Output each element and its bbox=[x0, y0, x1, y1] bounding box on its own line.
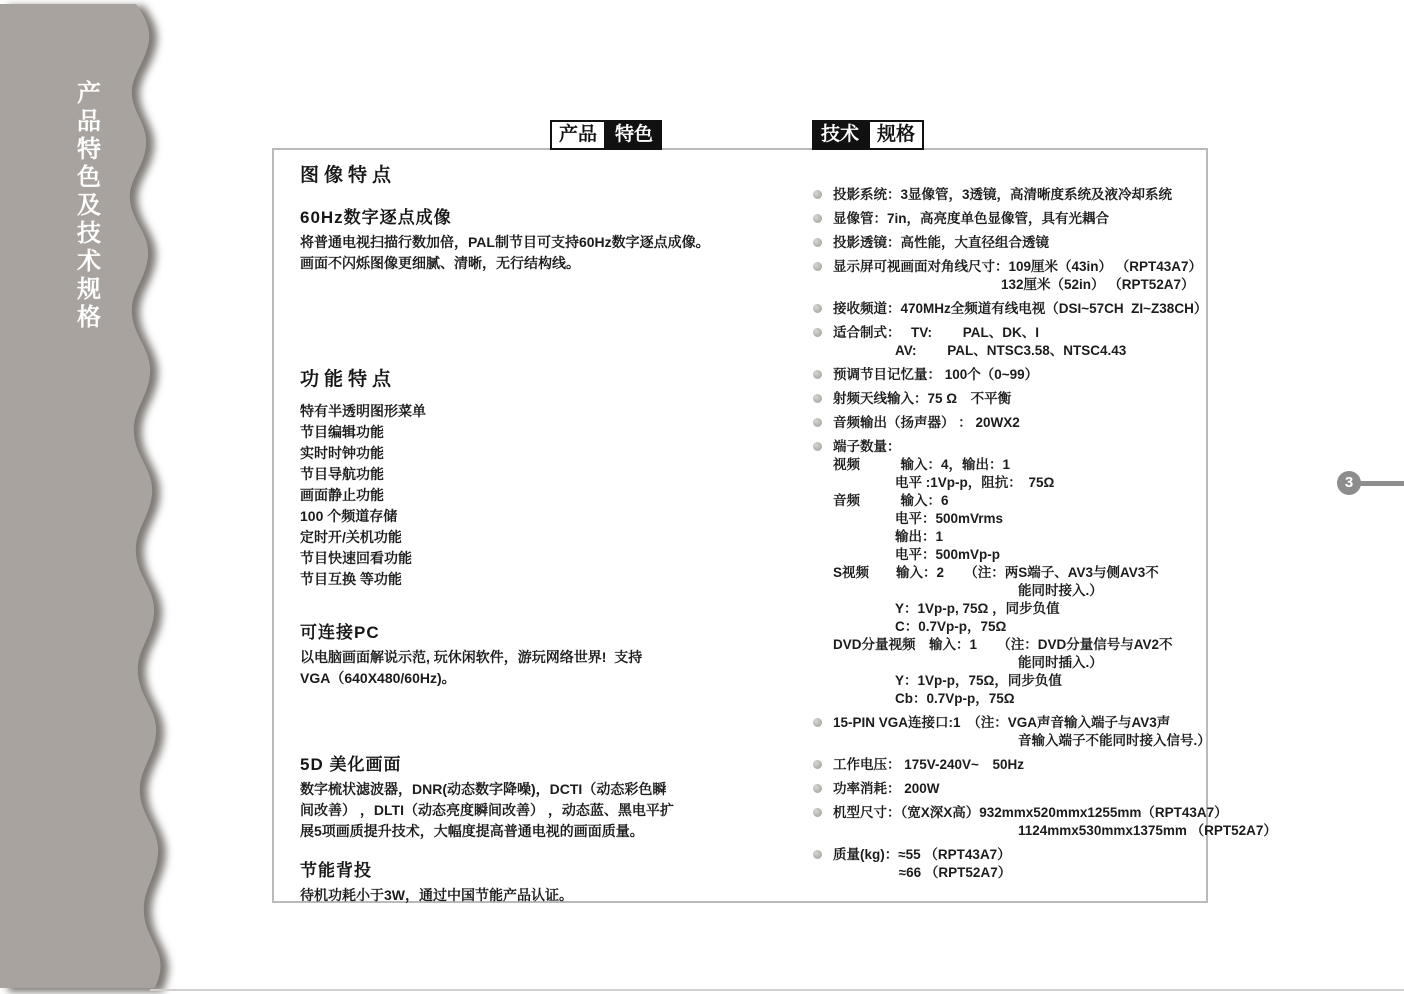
spec-text: 投影系统：3显像管，3透镜，高清晰度系统及液冷却系统 bbox=[833, 187, 1172, 202]
sidebar-title-char: 色 bbox=[77, 166, 101, 190]
spec-item: 适合制式： TV: PAL、DK、I bbox=[815, 324, 1211, 341]
feature-section: 图像特点 bbox=[300, 160, 396, 197]
sidebar-title-char: 术 bbox=[77, 250, 101, 274]
manual-page: 产品特色及技术规格 产品特色 技术规格 图像特点60Hz数字逐点成像将普通电视扫… bbox=[0, 0, 1404, 994]
spec-text: ≈66 （RPT52A7） bbox=[895, 865, 1011, 880]
feature-section: 60Hz数字逐点成像将普通电视扫描行数加倍，PAL制节目可支持60Hz数字逐点成… bbox=[300, 203, 710, 274]
spec-item: 15-PIN VGA连接口:1 （注：VGA声音输入端子与AV3声 bbox=[815, 714, 1211, 731]
page-marker-line bbox=[1359, 481, 1404, 486]
spec-text: 电平：500mVp-p bbox=[895, 547, 1000, 562]
bullet-icon bbox=[813, 238, 822, 247]
spec-item: 质量(kg)：≈55 （RPT43A7） bbox=[815, 846, 1211, 863]
bullet-icon bbox=[813, 394, 822, 403]
feature-text-line: 画面静止功能 bbox=[300, 485, 426, 506]
spec-item-continuation: 132厘米（52in） （RPT52A7） bbox=[815, 276, 1211, 293]
spec-item: 射频天线输入：75 Ω 不平衡 bbox=[815, 390, 1211, 407]
spec-item-continuation: Y：1Vp-p，75Ω，同步负值 bbox=[815, 672, 1211, 689]
spec-text: 预调节目记忆量： 100个（0~99） bbox=[833, 367, 1038, 382]
sidebar-title-char: 格 bbox=[77, 306, 101, 330]
bullet-icon bbox=[813, 442, 822, 451]
spec-text: 接收频道：470MHz全频道有线电视（DSI~57CH ZI~Z38CH） bbox=[833, 301, 1207, 316]
bullet-icon bbox=[813, 718, 822, 727]
spec-text: 质量(kg)：≈55 （RPT43A7） bbox=[833, 847, 1011, 862]
spec-text: Y：1Vp-p, 75Ω ，同步负值 bbox=[895, 601, 1060, 616]
spec-text: 视频 输入：4，输出：1 bbox=[833, 457, 1010, 472]
spec-text: 音频输出（扬声器） ： 20WX2 bbox=[833, 415, 1020, 430]
spec-text: 显像管：7in，高亮度单色显像管，具有光耦合 bbox=[833, 211, 1109, 226]
feature-text-line: 待机功耗小于3W，通过中国节能产品认证。 bbox=[300, 885, 573, 906]
spec-text: AV: PAL、NTSC3.58、NTSC4.43 bbox=[895, 343, 1126, 358]
feature-text-line: 节目快速回看功能 bbox=[300, 548, 426, 569]
page-number-badge: 3 bbox=[1337, 471, 1361, 495]
spec-item-continuation: Y：1Vp-p, 75Ω ，同步负值 bbox=[815, 600, 1211, 617]
spec-text: S视频 输入：2 （注：两S端子、AV3与侧AV3不 bbox=[833, 565, 1159, 580]
feature-text-line: 100 个频道存储 bbox=[300, 506, 426, 527]
spec-item-continuation: DVD分量视频 输入：1 （注：DVD分量信号与AV2不 bbox=[815, 636, 1211, 653]
feature-section-heading: 图像特点 bbox=[300, 160, 396, 187]
spec-item-continuation: C：0.7Vp-p，75Ω bbox=[815, 618, 1211, 635]
spec-text: C：0.7Vp-p，75Ω bbox=[895, 619, 1006, 634]
spec-item: 功率消耗： 200W bbox=[815, 780, 1211, 797]
feature-section-heading: 可连接PC bbox=[300, 618, 642, 643]
feature-text-line: 节目导航功能 bbox=[300, 464, 426, 485]
tech-specs-badge: 技术规格 bbox=[812, 120, 924, 150]
feature-section: 节能背投待机功耗小于3W，通过中国节能产品认证。 bbox=[300, 856, 573, 906]
spec-text: Y：1Vp-p，75Ω，同步负值 bbox=[895, 673, 1062, 688]
spec-text: 显示屏可视画面对角线尺寸：109厘米（43in） （RPT43A7） bbox=[833, 259, 1202, 274]
feature-text-line: 特有半透明图形菜单 bbox=[300, 401, 426, 422]
spec-item: 投影透镜：高性能，大直径组合透镜 bbox=[815, 234, 1211, 251]
bullet-icon bbox=[813, 328, 822, 337]
feature-section-heading: 5D 美化画面 bbox=[300, 750, 674, 775]
spec-item: 工作电压： 175V-240V~ 50Hz bbox=[815, 756, 1211, 773]
feature-section: 5D 美化画面数字梳状滤波器，DNR(动态数字降噪)，DCTI（动态彩色瞬间改善… bbox=[300, 750, 674, 842]
spec-text: 投影透镜：高性能，大直径组合透镜 bbox=[833, 235, 1049, 250]
sidebar-title-char: 特 bbox=[77, 138, 101, 162]
sidebar-title-char: 技 bbox=[77, 222, 101, 246]
spec-item: 投影系统：3显像管，3透镜，高清晰度系统及液冷却系统 bbox=[815, 186, 1211, 203]
spec-text: 电平 :1Vp-p，阻抗： 75Ω bbox=[895, 475, 1054, 490]
feature-text-line: 实时时钟功能 bbox=[300, 443, 426, 464]
feature-section-heading: 节能背投 bbox=[300, 856, 573, 881]
bullet-icon bbox=[813, 760, 822, 769]
spec-text: 射频天线输入：75 Ω 不平衡 bbox=[833, 391, 1011, 406]
bullet-icon bbox=[813, 304, 822, 313]
spec-text: 能同时接入.） bbox=[1018, 583, 1103, 598]
product-features-badge: 产品特色 bbox=[550, 120, 662, 150]
feature-section: 功能特点特有半透明图形菜单节目编辑功能实时时钟功能节目导航功能画面静止功能100… bbox=[300, 364, 426, 590]
spec-item-continuation: 电平 :1Vp-p，阻抗： 75Ω bbox=[815, 474, 1211, 491]
spec-item-continuation: 电平：500mVp-p bbox=[815, 546, 1211, 563]
bullet-icon bbox=[813, 784, 822, 793]
spec-text: 工作电压： 175V-240V~ 50Hz bbox=[833, 757, 1024, 772]
spec-text: 适合制式： TV: PAL、DK、I bbox=[833, 325, 1039, 340]
feature-section: 可连接PC以电脑画面解说示范, 玩休闲软件，游玩网络世界! 支持VGA（640X… bbox=[300, 618, 642, 689]
spec-item: 显像管：7in，高亮度单色显像管，具有光耦合 bbox=[815, 210, 1211, 227]
spec-item-continuation: 输出：1 bbox=[815, 528, 1211, 545]
feature-text-line: 间改善） ，DLTI（动态亮度瞬间改善） ，动态蓝、黑电平扩 bbox=[300, 800, 674, 821]
spec-item: 接收频道：470MHz全频道有线电视（DSI~57CH ZI~Z38CH） bbox=[815, 300, 1211, 317]
spec-text: 输出：1 bbox=[895, 529, 943, 544]
spec-text: 电平：500mVrms bbox=[895, 511, 1003, 526]
feature-section-heading: 60Hz数字逐点成像 bbox=[300, 203, 710, 228]
bullet-icon bbox=[813, 262, 822, 271]
feature-text-line: 展5项画质提升技术，大幅度提高普通电视的画面质量。 bbox=[300, 821, 674, 842]
sidebar-title-char: 及 bbox=[77, 194, 101, 218]
spec-text: 1124mmx530mmx1375mm （RPT52A7） bbox=[1018, 823, 1277, 838]
bullet-icon bbox=[813, 850, 822, 859]
spec-text: 端子数量： bbox=[833, 439, 901, 454]
badge-segment: 特色 bbox=[606, 120, 662, 150]
sidebar-title-char: 品 bbox=[77, 110, 101, 134]
badge-segment: 规格 bbox=[868, 120, 924, 150]
feature-text-line: VGA（640X480/60Hz)。 bbox=[300, 668, 642, 689]
sidebar-title-char: 产 bbox=[77, 82, 101, 106]
spec-text: 音输入端子不能同时接入信号.） bbox=[1018, 733, 1211, 748]
spec-text: Cb：0.7Vp-p，75Ω bbox=[895, 691, 1015, 706]
spec-item-continuation: ≈66 （RPT52A7） bbox=[815, 864, 1211, 881]
spec-text: 15-PIN VGA连接口:1 （注：VGA声音输入端子与AV3声 bbox=[833, 715, 1170, 730]
spec-item-continuation: 能同时插入.） bbox=[815, 654, 1211, 671]
bullet-icon bbox=[813, 370, 822, 379]
spec-item: 显示屏可视画面对角线尺寸：109厘米（43in） （RPT43A7） bbox=[815, 258, 1211, 275]
spec-item-continuation: 音频 输入：6 bbox=[815, 492, 1211, 509]
feature-text-line: 将普通电视扫描行数加倍，PAL制节目可支持60Hz数字逐点成像。 bbox=[300, 232, 710, 253]
bullet-icon bbox=[813, 418, 822, 427]
spec-item: 端子数量： bbox=[815, 438, 1211, 455]
spec-item: 预调节目记忆量： 100个（0~99） bbox=[815, 366, 1211, 383]
feature-text-line: 定时开/关机功能 bbox=[300, 527, 426, 548]
spec-item-continuation: S视频 输入：2 （注：两S端子、AV3与侧AV3不 bbox=[815, 564, 1211, 581]
feature-text-line: 以电脑画面解说示范, 玩休闲软件，游玩网络世界! 支持 bbox=[300, 647, 642, 668]
bullet-icon bbox=[813, 190, 822, 199]
spec-item-continuation: 音输入端子不能同时接入信号.） bbox=[815, 732, 1211, 749]
bottom-rule bbox=[150, 989, 1404, 991]
spec-item: 音频输出（扬声器） ： 20WX2 bbox=[815, 414, 1211, 431]
feature-section-heading: 功能特点 bbox=[300, 364, 426, 391]
spec-text: 功率消耗： 200W bbox=[833, 781, 940, 796]
spec-text: 132厘米（52in） （RPT52A7） bbox=[1001, 277, 1195, 292]
feature-text-line: 节目编辑功能 bbox=[300, 422, 426, 443]
sidebar-vertical-title: 产品特色及技术规格 bbox=[64, 82, 114, 330]
spec-text: 音频 输入：6 bbox=[833, 493, 949, 508]
feature-text-line: 数字梳状滤波器，DNR(动态数字降噪)，DCTI（动态彩色瞬 bbox=[300, 779, 674, 800]
bullet-icon bbox=[813, 214, 822, 223]
spec-item: 机型尺寸：（宽X深X高）932mmx520mmx1255mm（RPT43A7） bbox=[815, 804, 1211, 821]
spec-item-continuation: AV: PAL、NTSC3.58、NTSC4.43 bbox=[815, 342, 1211, 359]
spec-item-continuation: Cb：0.7Vp-p，75Ω bbox=[815, 690, 1211, 707]
specs-column: 投影系统：3显像管，3透镜，高清晰度系统及液冷却系统显像管：7in，高亮度单色显… bbox=[815, 186, 1211, 881]
spec-text: DVD分量视频 输入：1 （注：DVD分量信号与AV2不 bbox=[833, 637, 1173, 652]
spec-text: 能同时插入.） bbox=[1018, 655, 1103, 670]
feature-text-line: 节目互换 等功能 bbox=[300, 569, 426, 590]
badge-segment: 技术 bbox=[812, 120, 868, 150]
spec-item-continuation: 电平：500mVrms bbox=[815, 510, 1211, 527]
feature-text-line: 画面不闪烁图像更细腻、清晰，无行结构线。 bbox=[300, 253, 710, 274]
spec-item-continuation: 能同时接入.） bbox=[815, 582, 1211, 599]
bullet-icon bbox=[813, 808, 822, 817]
spec-item-continuation: 1124mmx530mmx1375mm （RPT52A7） bbox=[815, 822, 1211, 839]
sidebar-title-char: 规 bbox=[77, 278, 101, 302]
spec-text: 机型尺寸：（宽X深X高）932mmx520mmx1255mm（RPT43A7） bbox=[833, 805, 1228, 820]
spec-item-continuation: 视频 输入：4，输出：1 bbox=[815, 456, 1211, 473]
badge-segment: 产品 bbox=[550, 120, 606, 150]
